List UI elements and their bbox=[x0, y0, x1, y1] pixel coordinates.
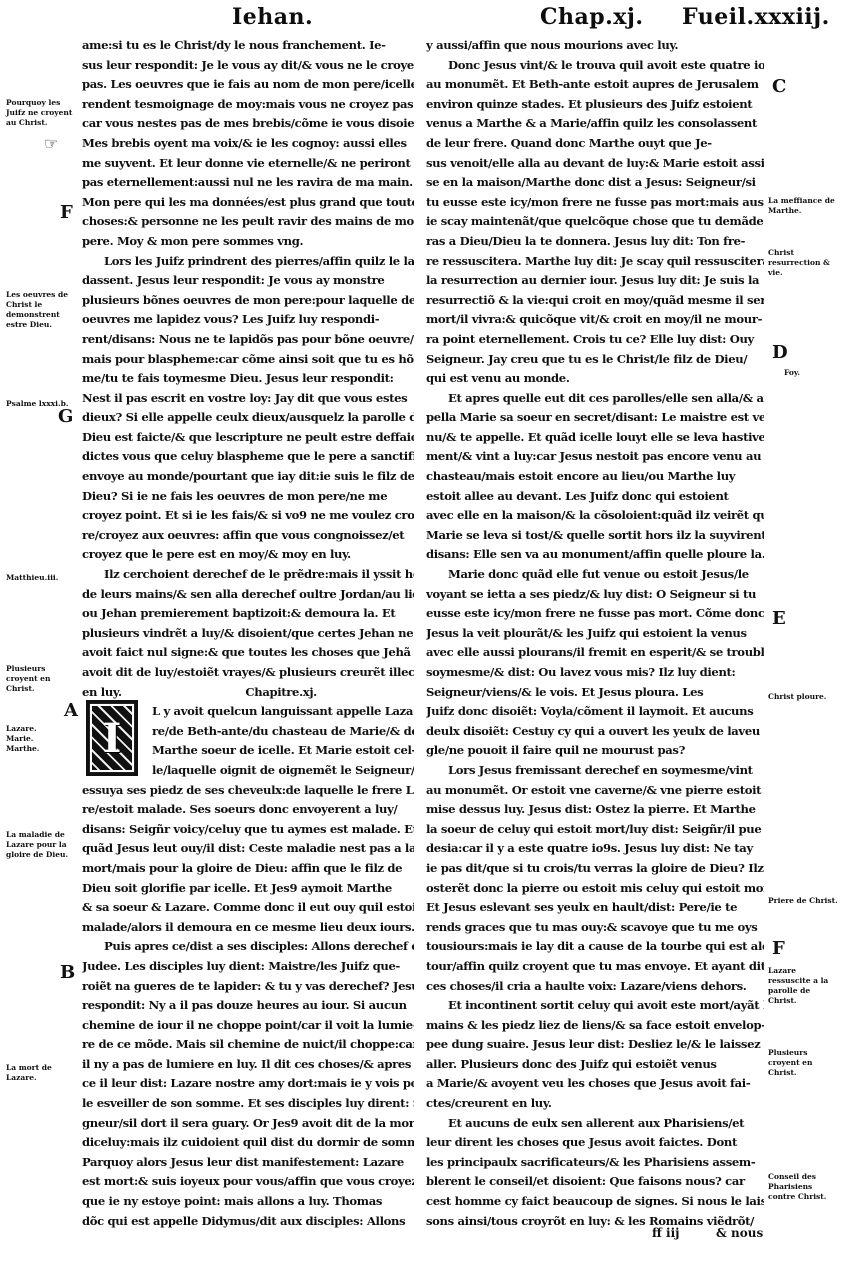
margin-note: Christ ploure. bbox=[768, 692, 838, 702]
text-line: re ressuscitera. Marthe luy dit: Je scay… bbox=[426, 252, 764, 272]
text-line: y aussi/affin que nous mourions avec luy… bbox=[426, 36, 764, 56]
text-line: gneur/sil dort il sera guary. Or Jes9 av… bbox=[82, 1114, 414, 1134]
text-line: venus a Marthe & a Marie/affin quilz les… bbox=[426, 114, 764, 134]
section-letter: D bbox=[772, 342, 788, 363]
text-line: disans: Elle sen va au monument/affin qu… bbox=[426, 545, 764, 565]
text-line: dassent. Jesus leur respondit: Je vous a… bbox=[82, 271, 414, 291]
text-line: Marie se leva si tost/& quelle sortit ho… bbox=[426, 526, 764, 546]
margin-note: Priere de Christ. bbox=[768, 896, 838, 906]
margin-note: Lazare. Marie. Marthe. bbox=[6, 724, 36, 754]
text-line: diceluy:mais ilz cuidoient quil dist du … bbox=[82, 1133, 414, 1153]
text-line: Seigneur/viens/& le vois. Et Jesus plour… bbox=[426, 683, 764, 703]
text-line: pas. Les oeuvres que ie fais au nom de m… bbox=[82, 75, 414, 95]
text-line: Et apres quelle eut dit ces parolles/ell… bbox=[426, 389, 764, 409]
text-line: voyant se ietta a ses piedz/& luy dist: … bbox=[426, 585, 764, 605]
text-line: gle/ne pouoit il faire quil ne mourust p… bbox=[426, 741, 764, 761]
margin-note: Plusieurs croyent en Christ. bbox=[6, 664, 76, 694]
text-line: ment/& vint a luy:car Jesus nestoit pas … bbox=[426, 447, 764, 467]
text-line: ras a Dieu/Dieu la te donnera. Jesus luy… bbox=[426, 232, 764, 252]
text-line: disans: Seigñr voicy/celuy que tu aymes … bbox=[82, 820, 414, 840]
text-line: roiẽt na gueres de te lapider: & tu y va… bbox=[82, 977, 414, 997]
text-line: Dieu? Si ie ne fais les oeuvres de mon p… bbox=[82, 487, 414, 507]
margin-note: La meffiance de Marthe. bbox=[768, 196, 838, 216]
text-line: aller. Plusieurs donc des Juifz qui esto… bbox=[426, 1055, 764, 1075]
text-line: osterẽt donc la pierre ou estoit mis cel… bbox=[426, 879, 764, 899]
text-line: rends graces que tu mas ouy:& scavoye qu… bbox=[426, 918, 764, 938]
text-line: Parquoy alors Jesus leur dist manifestem… bbox=[82, 1153, 414, 1173]
text-line: dieux? Si elle appelle ceulx dieux/ausqu… bbox=[82, 408, 414, 428]
text-line: oeuvres me lapidez vous? Les Juifz luy r… bbox=[82, 310, 414, 330]
text-line: que ie ny estoye point: mais allons a lu… bbox=[82, 1192, 414, 1212]
text-line: ie scay maintenãt/que quelcõque chose qu… bbox=[426, 212, 764, 232]
book-page: Iehan. Chap.xj. Fueil.xxxiij. ame:si tu … bbox=[0, 0, 841, 1271]
text-line: ame:si tu es le Christ/dy le nous franch… bbox=[82, 36, 414, 56]
section-letter: F bbox=[60, 202, 73, 223]
text-line: a Marie/& avoyent veu les choses que Jes… bbox=[426, 1074, 764, 1094]
text-line: mais pour blaspheme:car cõme ainsi soit … bbox=[82, 350, 414, 370]
text-line: eusse este icy/mon frere ne fusse pas mo… bbox=[426, 604, 764, 624]
text-line: quãd Jesus leut ouy/il dist: Ceste malad… bbox=[82, 839, 414, 859]
catchword: & nous bbox=[716, 1226, 763, 1240]
text-line: me/tu te fais toymesme Dieu. Jesus leur … bbox=[82, 369, 414, 389]
text-line: chasteau/mais estoit encore au lieu/ou M… bbox=[426, 467, 764, 487]
text-line: Nest il pas escrit en vostre loy: Jay di… bbox=[82, 389, 414, 409]
text-line: pere. Moy & mon pere sommes vng. bbox=[82, 232, 414, 252]
text-line: rent/disans: Nous ne te lapidõs pas pour… bbox=[82, 330, 414, 350]
text-line: blerent le conseil/et disoient: Que fais… bbox=[426, 1172, 764, 1192]
text-line: il ny a pas de lumiere en luy. Il dit ce… bbox=[82, 1055, 414, 1075]
text-line: de leur frere. Quand donc Marthe ouyt qu… bbox=[426, 134, 764, 154]
text-line: mains & les piedz liez de liens/& sa fac… bbox=[426, 1016, 764, 1036]
text-line: deulx disoiẽt: Cestuy cy qui a ouvert le… bbox=[426, 722, 764, 742]
text-line: Seigneur. Jay creu que tu es le Christ/l… bbox=[426, 350, 764, 370]
text-line: la resurrection au dernier iour. Jesus l… bbox=[426, 271, 764, 291]
text-line: Dieu soit glorifie par icelle. Et Jes9 a… bbox=[82, 879, 414, 899]
margin-note: Les oeuvres de Christ le demonstrent est… bbox=[6, 290, 76, 330]
text-line: Juifz donc disoiẽt: Voyla/cõment il laym… bbox=[426, 702, 764, 722]
text-line: avoit faict nul signe:& que toutes les c… bbox=[82, 643, 414, 663]
right-text-column: y aussi/affin que nous mourions avec luy… bbox=[426, 36, 764, 1231]
text-line: Et Jesus eslevant ses yeulx en hault/dis… bbox=[426, 898, 764, 918]
text-line: leur dirent les choses que Jesus avoit f… bbox=[426, 1133, 764, 1153]
text-line: plusieurs bõnes oeuvres de mon pere:pour… bbox=[82, 291, 414, 311]
section-letter: B bbox=[60, 962, 75, 983]
text-line: se en la maison/Marthe donc dist a Jesus… bbox=[426, 173, 764, 193]
text-line: tousiours:mais ie lay dit a cause de la … bbox=[426, 937, 764, 957]
text-line: car vous nestes pas de mes brebis/cõme i… bbox=[82, 114, 414, 134]
text-line: mort/il vivra:& quicõque vit/& croit en … bbox=[426, 310, 764, 330]
text-line: ie pas dit/que si tu crois/tu verras la … bbox=[426, 859, 764, 879]
text-line: malade/alors il demoura en ce mesme lieu… bbox=[82, 918, 414, 938]
text-line: Judee. Les disciples luy dient: Maistre/… bbox=[82, 957, 414, 977]
text-line: qui est venu au monde. bbox=[426, 369, 764, 389]
text-line: respondit: Ny a il pas douze heures au i… bbox=[82, 996, 414, 1016]
text-line: Marie donc quãd elle fut venue ou estoit… bbox=[426, 565, 764, 585]
text-line: la soeur de celuy qui estoit mort/luy di… bbox=[426, 820, 764, 840]
text-line: de leurs mains/& sen alla derechef oultr… bbox=[82, 585, 414, 605]
text-line: tour/affin quilz croyent que tu mas envo… bbox=[426, 957, 764, 977]
text-line: desia:car il y a este quatre io9s. Jesus… bbox=[426, 839, 764, 859]
section-letter: A bbox=[64, 700, 78, 721]
text-line: est mort:& suis ioyeux pour vous/affin q… bbox=[82, 1172, 414, 1192]
text-line: envoye au monde/pourtant que iay dit:ie … bbox=[82, 467, 414, 487]
margin-note: La mort de Lazare. bbox=[6, 1063, 76, 1083]
margin-note: Lazare ressuscite a la parolle de Christ… bbox=[768, 966, 838, 1006]
running-head-folio: Fueil.xxxiij. bbox=[682, 4, 830, 38]
text-line: Mes brebis oyent ma voix/& ie les cognoy… bbox=[82, 134, 414, 154]
text-line: ou Jehan premierement baptizoit:& demour… bbox=[82, 604, 414, 624]
running-head-book: Iehan. bbox=[232, 4, 313, 38]
text-line: croyez point. Et si ie les fais/& si vo9… bbox=[82, 506, 414, 526]
text-line: Jesus la veit plourãt/& les Juifz qui es… bbox=[426, 624, 764, 644]
text-line: re/croyez aux oeuvres: affin que vous co… bbox=[82, 526, 414, 546]
text-line: sons ainsi/tous croyrõt en luy: & les Ro… bbox=[426, 1212, 764, 1232]
margin-note: Conseil des Pharisiens contre Christ. bbox=[768, 1172, 838, 1202]
text-line: nu/& te appelle. Et quãd icelle louyt el… bbox=[426, 428, 764, 448]
text-line: Ilz cerchoient derechef de le prẽdre:mai… bbox=[82, 565, 414, 585]
text-line: sus venoit/elle alla au devant de luy:& … bbox=[426, 154, 764, 174]
section-letter: F bbox=[772, 938, 785, 959]
text-line: mise dessus luy. Jesus dist: Ostez la pi… bbox=[426, 800, 764, 820]
text-line: essuya ses piedz de ses cheveulx:de laqu… bbox=[82, 781, 414, 801]
text-line: Et aucuns de eulx sen allerent aux Phari… bbox=[426, 1114, 764, 1134]
manicule-icon: ☞ bbox=[44, 134, 58, 153]
text-line: plusieurs vindrẽt a luy/& disoient/que c… bbox=[82, 624, 414, 644]
text-line: au monumẽt. Or estoit vne caverne/& vne … bbox=[426, 781, 764, 801]
section-letter: G bbox=[58, 406, 73, 427]
text-line: ctes/creurent en luy. bbox=[426, 1094, 764, 1114]
text-line: environ quinze stades. Et plusieurs des … bbox=[426, 95, 764, 115]
text-line: ce il leur dist: Lazare nostre amy dort:… bbox=[82, 1074, 414, 1094]
ornamental-initial: I bbox=[86, 700, 138, 776]
margin-note: Plusieurs croyent en Christ. bbox=[768, 1048, 838, 1078]
initial-border: I bbox=[90, 704, 134, 772]
text-line: soymesme/& dist: Ou lavez vous mis? Ilz … bbox=[426, 663, 764, 683]
section-letter: C bbox=[772, 76, 786, 97]
text-line: dõc qui est appelle Didymus/dit aux disc… bbox=[82, 1212, 414, 1232]
text-line: chemine de iour il ne choppe point/car i… bbox=[82, 1016, 414, 1036]
text-line: me suyvent. Et leur donne vie eternelle/… bbox=[82, 154, 414, 174]
signature-mark: ff iij bbox=[652, 1226, 680, 1240]
text-line: avec elle aussi plourans/il fremit en es… bbox=[426, 643, 764, 663]
margin-note: Pourquoy les Juifz ne croyent au Christ. bbox=[6, 98, 76, 128]
margin-note: Foy. bbox=[784, 368, 841, 378]
text-line: cest homme cy faict beaucoup de signes. … bbox=[426, 1192, 764, 1212]
text-line: Lors les Juifz prindrent des pierres/aff… bbox=[82, 252, 414, 272]
left-text-column: ame:si tu es le Christ/dy le nous franch… bbox=[82, 36, 414, 1231]
initial-letter: I bbox=[103, 715, 122, 762]
chapter-heading: Chapitre.xj. bbox=[125, 685, 317, 699]
text-line: en luy. bbox=[82, 685, 122, 699]
text-line: au monumẽt. Et Beth-ante estoit aupres d… bbox=[426, 75, 764, 95]
text-line: Lors Jesus fremissant derechef en soymes… bbox=[426, 761, 764, 781]
text-line: mort/mais pour la gloire de Dieu: affin … bbox=[82, 859, 414, 879]
text-line: choses:& personne ne les peult ravir des… bbox=[82, 212, 414, 232]
text-line: pas eternellement:aussi nul ne les ravir… bbox=[82, 173, 414, 193]
section-letter: E bbox=[772, 608, 786, 629]
text-line: pee dung suaire. Jesus leur dist: Deslie… bbox=[426, 1035, 764, 1055]
text-line: resurrectiõ & la vie:qui croit en moy/qu… bbox=[426, 291, 764, 311]
text-line: sus leur respondit: Je le vous ay dit/& … bbox=[82, 56, 414, 76]
text-line: ces choses/il cria a haulte voix: Lazare… bbox=[426, 977, 764, 997]
text-line: avec elle en la maison/& la cõsoloient:q… bbox=[426, 506, 764, 526]
text-line: Puis apres ce/dist a ses disciples: Allo… bbox=[82, 937, 414, 957]
text-line: Dieu est faicte/& que lescripture ne peu… bbox=[82, 428, 414, 448]
text-line: tu eusse este icy/mon frere ne fusse pas… bbox=[426, 193, 764, 213]
margin-note: Matthieu.iii. bbox=[6, 573, 76, 583]
text-line: Mon pere qui les ma données/est plus gra… bbox=[82, 193, 414, 213]
text-line: Donc Jesus vint/& le trouva quil avoit e… bbox=[426, 56, 764, 76]
text-line: avoit dit de luy/estoiẽt vrayes/& plusie… bbox=[82, 663, 414, 683]
text-line: pella Marie sa soeur en secret/disant: L… bbox=[426, 408, 764, 428]
text-line: les principaulx sacrificateurs/& les Pha… bbox=[426, 1153, 764, 1173]
text-line: Et incontinent sortit celuy qui avoit es… bbox=[426, 996, 764, 1016]
margin-note: La maladie de Lazare pour la gloire de D… bbox=[6, 830, 76, 860]
text-line: re de ce mõde. Mais sil chemine de nuict… bbox=[82, 1035, 414, 1055]
text-line: estoit allee au devant. Les Juifz donc q… bbox=[426, 487, 764, 507]
running-head-chapter: Chap.xj. bbox=[540, 4, 644, 38]
text-line: & sa soeur & Lazare. Comme donc il eut o… bbox=[82, 898, 414, 918]
text-line: ra point eternellement. Crois tu ce? Ell… bbox=[426, 330, 764, 350]
margin-note: Christ resurrection & vie. bbox=[768, 248, 838, 278]
text-line: le esveiller de son somme. Et ses discip… bbox=[82, 1094, 414, 1114]
text-line: croyez que le pere est en moy/& moy en l… bbox=[82, 545, 414, 565]
text-line: dictes vous que celuy blaspheme que le p… bbox=[82, 447, 414, 467]
text-line: re/estoit malade. Ses soeurs donc envoye… bbox=[82, 800, 414, 820]
text-line: rendent tesmoignage de moy:mais vous ne … bbox=[82, 95, 414, 115]
